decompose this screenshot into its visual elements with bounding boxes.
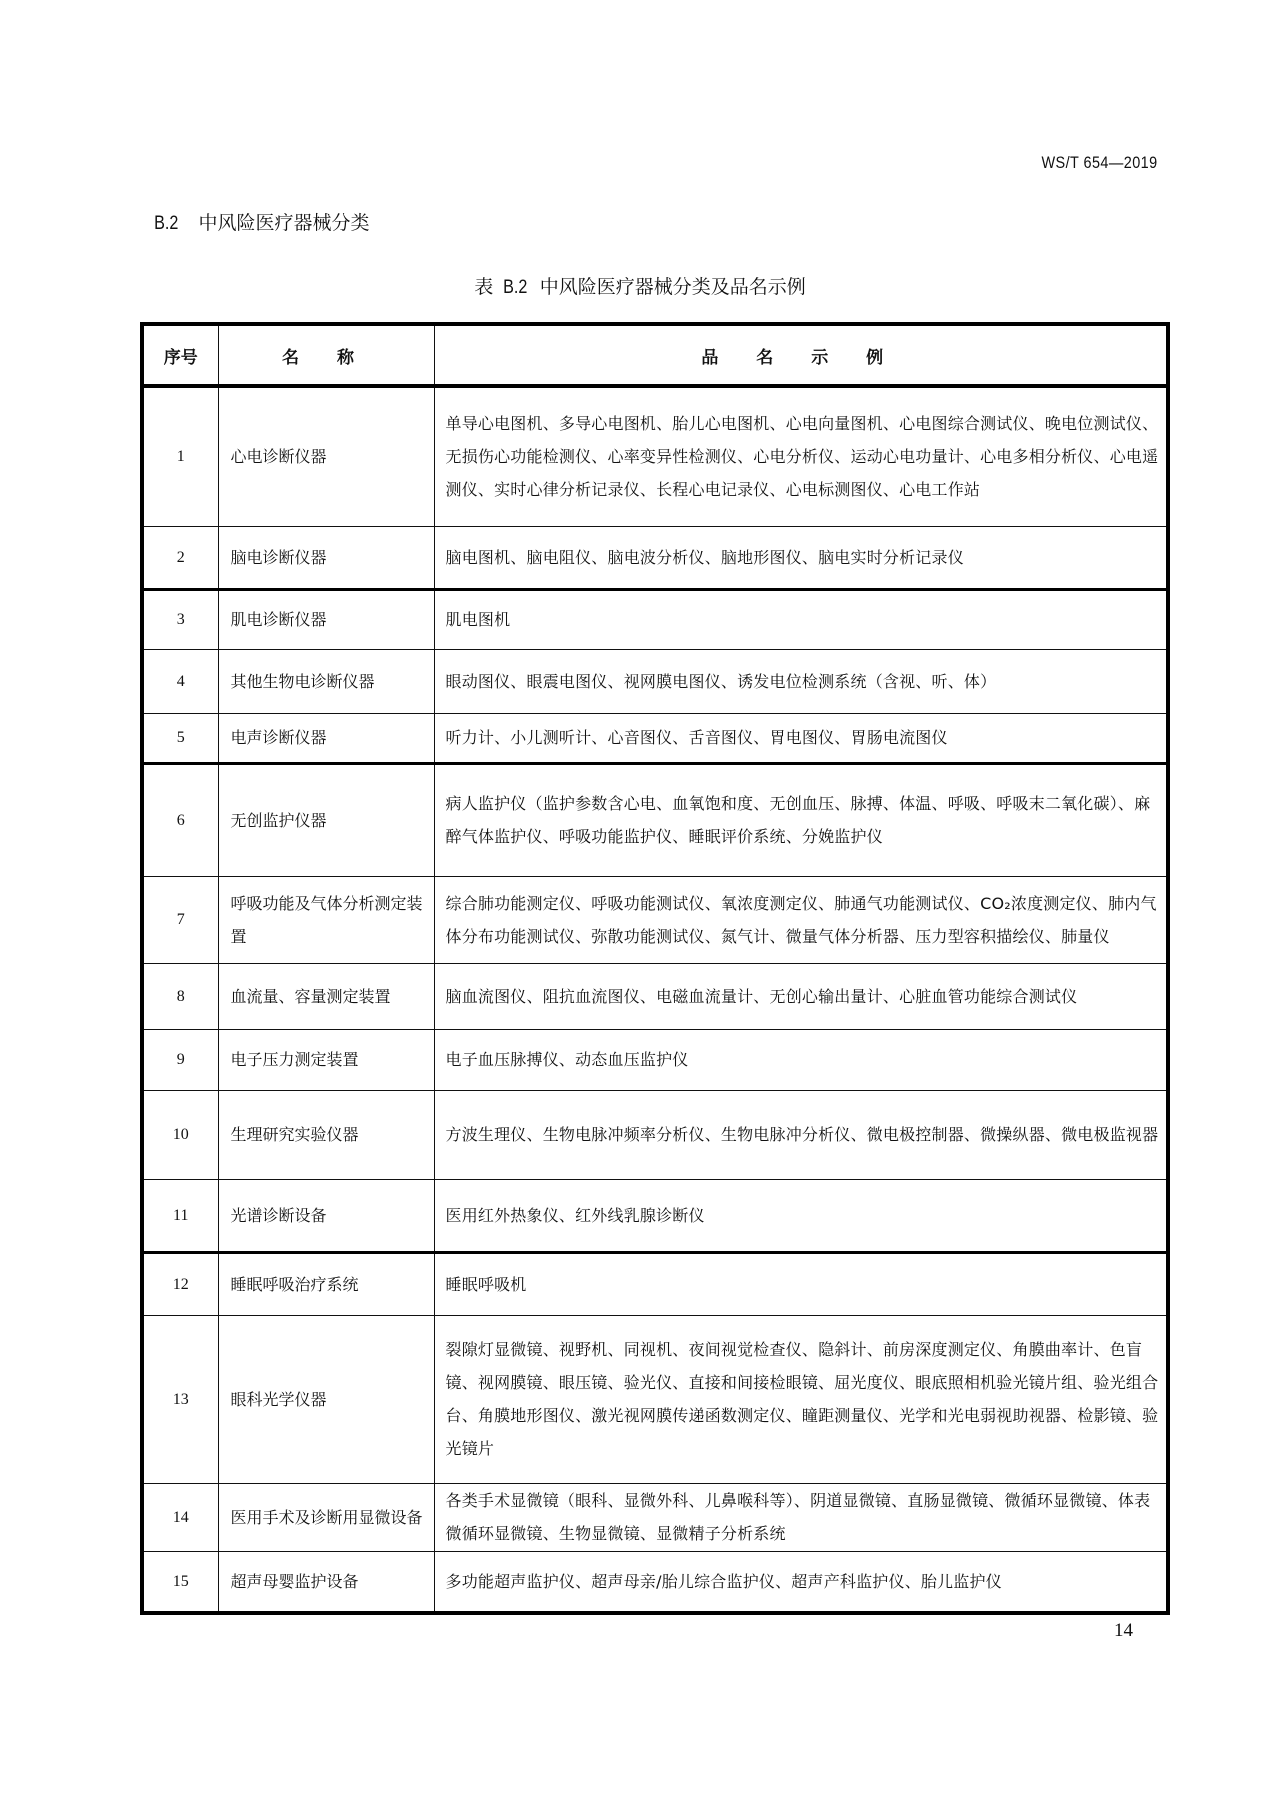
row-examples: 眼动图仪、眼震电图仪、视网膜电图仪、诱发电位检测系统（含视、听、体） <box>434 649 1168 713</box>
row-number: 7 <box>142 876 218 963</box>
standard-code: WS/T 654—2019 <box>1042 153 1158 173</box>
row-examples: 方波生理仪、生物电脉冲频率分析仪、生物电脉冲分析仪、微电极控制器、微操纵器、微电… <box>434 1090 1168 1179</box>
row-number: 11 <box>142 1179 218 1252</box>
row-number: 8 <box>142 963 218 1029</box>
table-row: 12睡眠呼吸治疗系统睡眠呼吸机 <box>142 1252 1168 1315</box>
row-number: 14 <box>142 1483 218 1551</box>
row-examples: 肌电图机 <box>434 589 1168 649</box>
row-number: 5 <box>142 713 218 763</box>
caption-number: B.2 <box>503 277 527 299</box>
row-name: 其他生物电诊断仪器 <box>218 649 434 713</box>
row-examples: 脑血流图仪、阻抗血流图仪、电磁血流量计、无创心输出量计、心脏血管功能综合测试仪 <box>434 963 1168 1029</box>
row-number: 1 <box>142 386 218 526</box>
row-name: 无创监护仪器 <box>218 763 434 876</box>
row-name: 呼吸功能及气体分析测定装置 <box>218 876 434 963</box>
table-row: 5电声诊断仪器听力计、小儿测听计、心音图仪、舌音图仪、胃电图仪、胃肠电流图仪 <box>142 713 1168 763</box>
table-row: 11光谱诊断设备医用红外热象仪、红外线乳腺诊断仪 <box>142 1179 1168 1252</box>
row-name: 心电诊断仪器 <box>218 386 434 526</box>
row-name: 超声母婴监护设备 <box>218 1551 434 1613</box>
row-examples: 医用红外热象仪、红外线乳腺诊断仪 <box>434 1179 1168 1252</box>
section-number: B.2 <box>154 213 178 235</box>
row-examples: 睡眠呼吸机 <box>434 1252 1168 1315</box>
row-examples: 多功能超声监护仪、超声母亲/胎儿综合监护仪、超声产科监护仪、胎儿监护仪 <box>434 1551 1168 1613</box>
row-examples: 电子血压脉搏仪、动态血压监护仪 <box>434 1029 1168 1090</box>
row-examples: 各类手术显微镜（眼科、显微外科、儿鼻喉科等）、阴道显微镜、直肠显微镜、微循环显微… <box>434 1483 1168 1551</box>
row-name: 电声诊断仪器 <box>218 713 434 763</box>
row-examples: 脑电图机、脑电阻仪、脑电波分析仪、脑地形图仪、脑电实时分析记录仪 <box>434 526 1168 589</box>
row-name: 血流量、容量测定装置 <box>218 963 434 1029</box>
row-name: 光谱诊断设备 <box>218 1179 434 1252</box>
caption-prefix: 表 <box>474 276 493 298</box>
table-row: 9电子压力测定装置电子血压脉搏仪、动态血压监护仪 <box>142 1029 1168 1090</box>
table-row: 2脑电诊断仪器脑电图机、脑电阻仪、脑电波分析仪、脑地形图仪、脑电实时分析记录仪 <box>142 526 1168 589</box>
row-number: 15 <box>142 1551 218 1613</box>
table-body: 1心电诊断仪器单导心电图机、多导心电图机、胎儿心电图机、心电向量图机、心电图综合… <box>142 386 1168 1613</box>
row-name: 肌电诊断仪器 <box>218 589 434 649</box>
column-header-no: 序号 <box>142 324 218 386</box>
row-number: 12 <box>142 1252 218 1315</box>
table-row: 3肌电诊断仪器肌电图机 <box>142 589 1168 649</box>
row-number: 10 <box>142 1090 218 1179</box>
row-name: 眼科光学仪器 <box>218 1315 434 1483</box>
row-number: 6 <box>142 763 218 876</box>
row-number: 13 <box>142 1315 218 1483</box>
row-name: 医用手术及诊断用显微设备 <box>218 1483 434 1551</box>
row-name: 生理研究实验仪器 <box>218 1090 434 1179</box>
table-row: 14医用手术及诊断用显微设备各类手术显微镜（眼科、显微外科、儿鼻喉科等）、阴道显… <box>142 1483 1168 1551</box>
page-number: 14 <box>1114 1620 1133 1642</box>
row-name: 电子压力测定装置 <box>218 1029 434 1090</box>
table-caption: 表B.2中风险医疗器械分类及品名示例 <box>0 272 1280 299</box>
column-header-examples: 品 名 示 例 <box>434 324 1168 386</box>
row-number: 9 <box>142 1029 218 1090</box>
row-number: 3 <box>142 589 218 649</box>
table-row: 7呼吸功能及气体分析测定装置综合肺功能测定仪、呼吸功能测试仪、氧浓度测定仪、肺通… <box>142 876 1168 963</box>
table-row: 13眼科光学仪器裂隙灯显微镜、视野机、同视机、夜间视觉检查仪、隐斜计、前房深度测… <box>142 1315 1168 1483</box>
table-row: 8血流量、容量测定装置脑血流图仪、阻抗血流图仪、电磁血流量计、无创心输出量计、心… <box>142 963 1168 1029</box>
caption-title: 中风险医疗器械分类及品名示例 <box>540 276 806 298</box>
section-heading: B.2中风险医疗器械分类 <box>152 208 370 235</box>
row-number: 4 <box>142 649 218 713</box>
row-examples: 听力计、小儿测听计、心音图仪、舌音图仪、胃电图仪、胃肠电流图仪 <box>434 713 1168 763</box>
row-number: 2 <box>142 526 218 589</box>
row-examples: 裂隙灯显微镜、视野机、同视机、夜间视觉检查仪、隐斜计、前房深度测定仪、角膜曲率计… <box>434 1315 1168 1483</box>
table-row: 1心电诊断仪器单导心电图机、多导心电图机、胎儿心电图机、心电向量图机、心电图综合… <box>142 386 1168 526</box>
table-row: 6无创监护仪器病人监护仪（监护参数含心电、血氧饱和度、无创血压、脉搏、体温、呼吸… <box>142 763 1168 876</box>
row-name: 脑电诊断仪器 <box>218 526 434 589</box>
classification-table: 序号 名 称 品 名 示 例 1心电诊断仪器单导心电图机、多导心电图机、胎儿心电… <box>140 322 1170 1615</box>
row-examples: 综合肺功能测定仪、呼吸功能测试仪、氧浓度测定仪、肺通气功能测试仪、CO₂浓度测定… <box>434 876 1168 963</box>
row-examples: 单导心电图机、多导心电图机、胎儿心电图机、心电向量图机、心电图综合测试仪、晚电位… <box>434 386 1168 526</box>
table-row: 15超声母婴监护设备多功能超声监护仪、超声母亲/胎儿综合监护仪、超声产科监护仪、… <box>142 1551 1168 1613</box>
table-row: 10生理研究实验仪器方波生理仪、生物电脉冲频率分析仪、生物电脉冲分析仪、微电极控… <box>142 1090 1168 1179</box>
table-header-row: 序号 名 称 品 名 示 例 <box>142 324 1168 386</box>
section-title: 中风险医疗器械分类 <box>199 212 370 234</box>
row-name: 睡眠呼吸治疗系统 <box>218 1252 434 1315</box>
column-header-name: 名 称 <box>218 324 434 386</box>
table-row: 4其他生物电诊断仪器眼动图仪、眼震电图仪、视网膜电图仪、诱发电位检测系统（含视、… <box>142 649 1168 713</box>
row-examples: 病人监护仪（监护参数含心电、血氧饱和度、无创血压、脉搏、体温、呼吸、呼吸末二氧化… <box>434 763 1168 876</box>
